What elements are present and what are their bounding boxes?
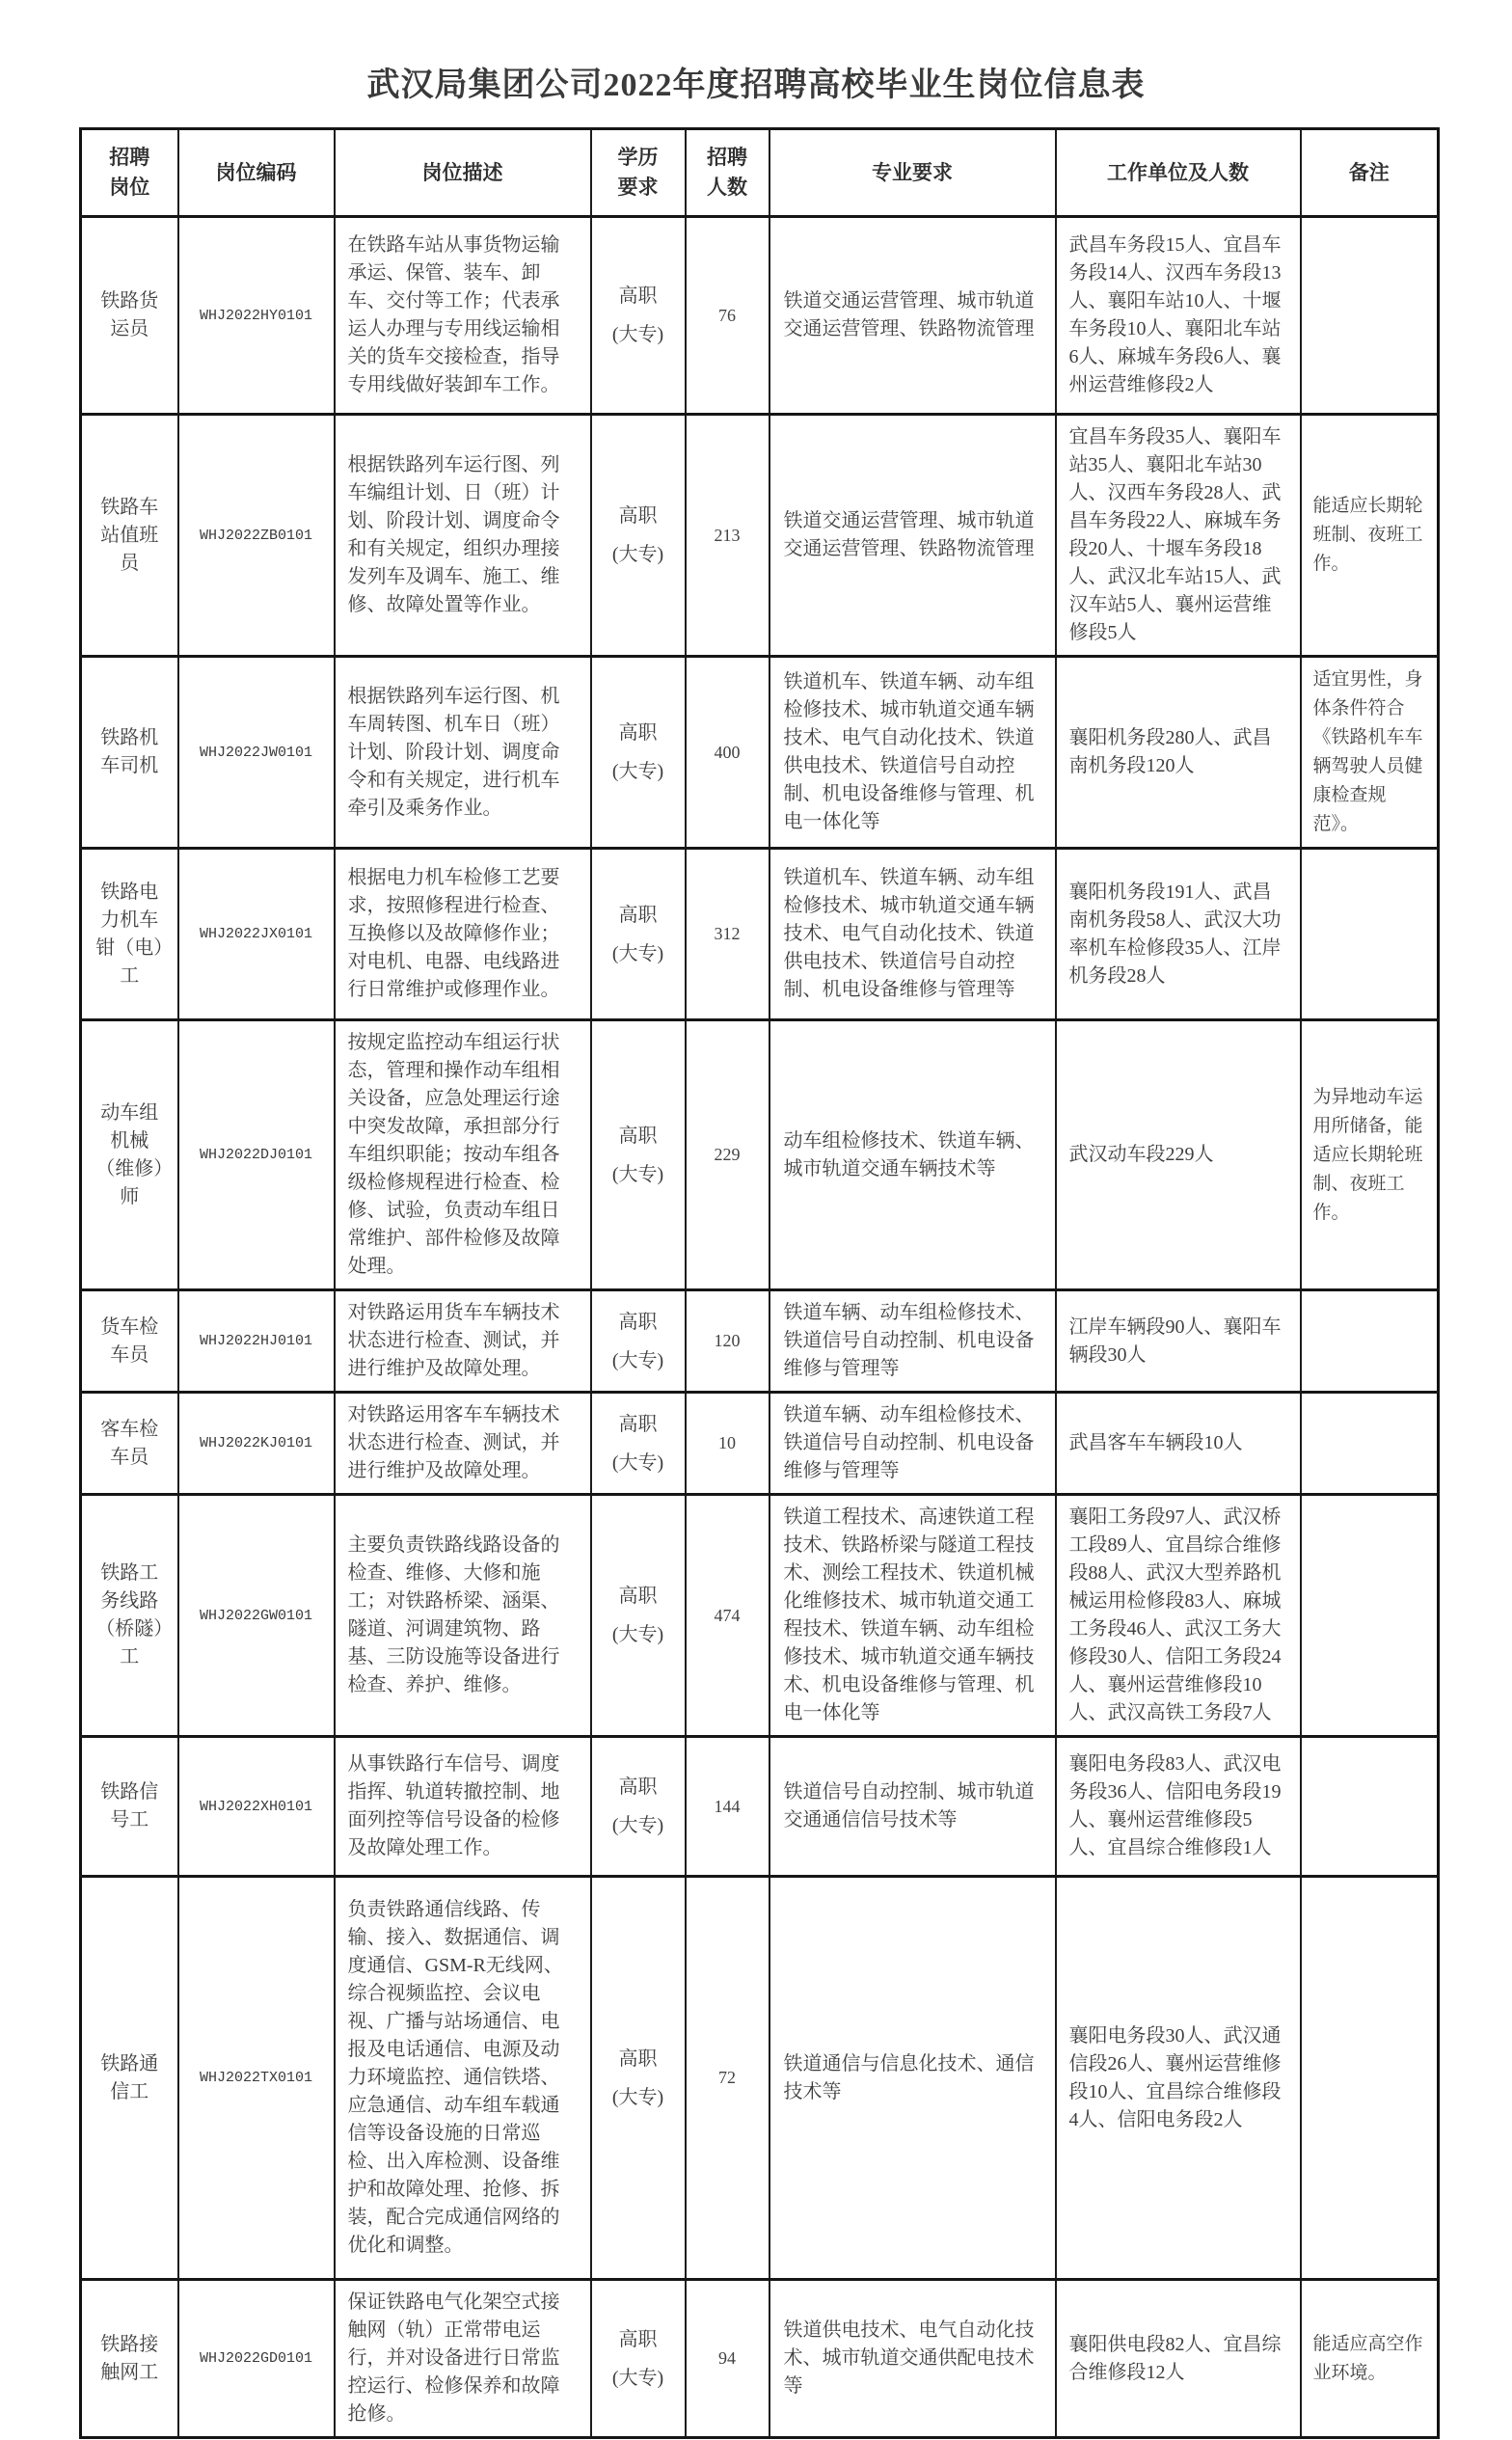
cell-description: 根据铁路列车运行图、机车周转图、机车日（班）计划、阶段计划、调度命令和有关规定，… bbox=[335, 657, 591, 849]
table-row: 铁路车站值班员WHJ2022ZB0101根据铁路列车运行图、列车编组计划、日（班… bbox=[81, 415, 1439, 657]
cell-code: WHJ2022KJ0101 bbox=[178, 1393, 335, 1495]
cell-position: 铁路接触网工 bbox=[81, 2280, 178, 2438]
cell-education: 高职 (大专) bbox=[591, 1393, 686, 1495]
cell-code: WHJ2022JX0101 bbox=[178, 849, 335, 1020]
cell-majors: 铁道交通运营管理、城市轨道交通运营管理、铁路物流管理 bbox=[769, 217, 1056, 415]
cell-position: 客车检车员 bbox=[81, 1393, 178, 1495]
cell-code: WHJ2022JW0101 bbox=[178, 657, 335, 849]
cell-education: 高职 (大专) bbox=[591, 1020, 686, 1290]
cell-description: 根据电力机车检修工艺要求，按照修程进行检查、互换修以及故障修作业；对电机、电器、… bbox=[335, 849, 591, 1020]
table-row: 货车检车员WHJ2022HJ0101对铁路运用货车车辆技术状态进行检查、测试，并… bbox=[81, 1290, 1439, 1393]
cell-code: WHJ2022TX0101 bbox=[178, 1877, 335, 2280]
cell-education: 高职 (大专) bbox=[591, 2280, 686, 2438]
header-row: 招聘 岗位 岗位编码 岗位描述 学历 要求 招聘 人数 专业要求 工作单位及人数… bbox=[81, 129, 1439, 217]
cell-notes: 能适应高空作业环境。 bbox=[1301, 2280, 1439, 2438]
cell-position: 铁路电力机车钳（电）工 bbox=[81, 849, 178, 1020]
cell-count: 76 bbox=[686, 217, 769, 415]
cell-majors: 铁道交通运营管理、城市轨道交通运营管理、铁路物流管理 bbox=[769, 415, 1056, 657]
cell-units: 襄阳电务段30人、武汉通信段26人、襄州运营维修段10人、宜昌综合维修段4人、信… bbox=[1056, 1877, 1301, 2280]
cell-count: 144 bbox=[686, 1737, 769, 1877]
cell-units: 宜昌车务段35人、襄阳车站35人、襄阳北车站30人、汉西车务段28人、武昌车务段… bbox=[1056, 415, 1301, 657]
cell-majors: 铁道机车、铁道车辆、动车组检修技术、城市轨道交通车辆技术、电气自动化技术、铁道供… bbox=[769, 849, 1056, 1020]
cell-education: 高职 (大专) bbox=[591, 1290, 686, 1393]
cell-units: 武昌客车车辆段10人 bbox=[1056, 1393, 1301, 1495]
cell-description: 负责铁路通信线路、传输、接入、数据通信、调度通信、GSM-R无线网、综合视频监控… bbox=[335, 1877, 591, 2280]
table-row: 铁路接触网工WHJ2022GD0101保证铁路电气化架空式接触网（轨）正常带电运… bbox=[81, 2280, 1439, 2438]
table-row: 铁路通信工WHJ2022TX0101负责铁路通信线路、传输、接入、数据通信、调度… bbox=[81, 1877, 1439, 2280]
cell-code: WHJ2022XH0101 bbox=[178, 1737, 335, 1877]
cell-notes bbox=[1301, 1877, 1439, 2280]
cell-description: 在铁路车站从事货物运输承运、保管、装车、卸车、交付等工作；代表承运人办理与专用线… bbox=[335, 217, 591, 415]
cell-majors: 铁道车辆、动车组检修技术、铁道信号自动控制、机电设备维修与管理等 bbox=[769, 1393, 1056, 1495]
cell-education: 高职 (大专) bbox=[591, 1877, 686, 2280]
cell-count: 229 bbox=[686, 1020, 769, 1290]
cell-education: 高职 (大专) bbox=[591, 849, 686, 1020]
cell-notes bbox=[1301, 1290, 1439, 1393]
cell-code: WHJ2022DJ0101 bbox=[178, 1020, 335, 1290]
cell-description: 主要负责铁路线路设备的检查、维修、大修和施工；对铁路桥梁、涵渠、隧道、河调建筑物… bbox=[335, 1495, 591, 1737]
cell-count: 10 bbox=[686, 1393, 769, 1495]
cell-code: WHJ2022HY0101 bbox=[178, 217, 335, 415]
cell-units: 武昌车务段15人、宜昌车务段14人、汉西车务段13人、襄阳车站10人、十堰车务段… bbox=[1056, 217, 1301, 415]
table-row: 铁路货运员WHJ2022HY0101在铁路车站从事货物运输承运、保管、装车、卸车… bbox=[81, 217, 1439, 415]
cell-notes bbox=[1301, 1737, 1439, 1877]
cell-position: 铁路信号工 bbox=[81, 1737, 178, 1877]
table-row: 客车检车员WHJ2022KJ0101对铁路运用客车车辆技术状态进行检查、测试，并… bbox=[81, 1393, 1439, 1495]
cell-position: 铁路车站值班员 bbox=[81, 415, 178, 657]
column-header-units: 工作单位及人数 bbox=[1056, 129, 1301, 217]
cell-position: 铁路货运员 bbox=[81, 217, 178, 415]
cell-education: 高职 (大专) bbox=[591, 657, 686, 849]
cell-notes: 为异地动车运用所储备，能适应长期轮班制、夜班工作。 bbox=[1301, 1020, 1439, 1290]
column-header-count: 招聘 人数 bbox=[686, 129, 769, 217]
cell-majors: 铁道信号自动控制、城市轨道交通通信信号技术等 bbox=[769, 1737, 1056, 1877]
cell-notes: 适宜男性，身体条件符合《铁路机车车辆驾驶人员健康检查规范》。 bbox=[1301, 657, 1439, 849]
cell-count: 94 bbox=[686, 2280, 769, 2438]
table-row: 铁路机车司机WHJ2022JW0101根据铁路列车运行图、机车周转图、机车日（班… bbox=[81, 657, 1439, 849]
cell-count: 72 bbox=[686, 1877, 769, 2280]
job-info-table: 招聘 岗位 岗位编码 岗位描述 学历 要求 招聘 人数 专业要求 工作单位及人数… bbox=[79, 127, 1440, 2439]
column-header-code: 岗位编码 bbox=[178, 129, 335, 217]
column-header-education: 学历 要求 bbox=[591, 129, 686, 217]
cell-position: 动车组机械（维修）师 bbox=[81, 1020, 178, 1290]
cell-units: 襄阳电务段83人、武汉电务段36人、信阳电务段19人、襄州运营维修段5人、宜昌综… bbox=[1056, 1737, 1301, 1877]
cell-notes bbox=[1301, 217, 1439, 415]
table-row: 铁路工务线路（桥隧）工WHJ2022GW0101主要负责铁路线路设备的检查、维修… bbox=[81, 1495, 1439, 1737]
cell-position: 铁路工务线路（桥隧）工 bbox=[81, 1495, 178, 1737]
cell-notes bbox=[1301, 1495, 1439, 1737]
cell-units: 襄阳机务段280人、武昌南机务段120人 bbox=[1056, 657, 1301, 849]
cell-count: 400 bbox=[686, 657, 769, 849]
document-page: 武汉局集团公司2022年度招聘高校毕业生岗位信息表 招聘 岗位 岗位编码 岗位描… bbox=[0, 0, 1512, 2440]
page-title: 武汉局集团公司2022年度招聘高校毕业生岗位信息表 bbox=[0, 0, 1512, 108]
table-row: 动车组机械（维修）师WHJ2022DJ0101按规定监控动车组运行状态，管理和操… bbox=[81, 1020, 1439, 1290]
cell-units: 襄阳机务段191人、武昌南机务段58人、武汉大功率机车检修段35人、江岸机务段2… bbox=[1056, 849, 1301, 1020]
cell-notes bbox=[1301, 1393, 1439, 1495]
cell-notes bbox=[1301, 849, 1439, 1020]
cell-units: 武汉动车段229人 bbox=[1056, 1020, 1301, 1290]
column-header-majors: 专业要求 bbox=[769, 129, 1056, 217]
cell-description: 对铁路运用货车车辆技术状态进行检查、测试，并进行维护及故障处理。 bbox=[335, 1290, 591, 1393]
column-header-position: 招聘 岗位 bbox=[81, 129, 178, 217]
job-table-body: 铁路货运员WHJ2022HY0101在铁路车站从事货物运输承运、保管、装车、卸车… bbox=[81, 217, 1439, 2438]
cell-code: WHJ2022HJ0101 bbox=[178, 1290, 335, 1393]
cell-count: 312 bbox=[686, 849, 769, 1020]
cell-education: 高职 (大专) bbox=[591, 415, 686, 657]
cell-description: 保证铁路电气化架空式接触网（轨）正常带电运行，并对设备进行日常监控运行、检修保养… bbox=[335, 2280, 591, 2438]
cell-count: 213 bbox=[686, 415, 769, 657]
table-header: 招聘 岗位 岗位编码 岗位描述 学历 要求 招聘 人数 专业要求 工作单位及人数… bbox=[81, 129, 1439, 217]
cell-units: 江岸车辆段90人、襄阳车辆段30人 bbox=[1056, 1290, 1301, 1393]
cell-education: 高职 (大专) bbox=[591, 1495, 686, 1737]
table-row: 铁路电力机车钳（电）工WHJ2022JX0101根据电力机车检修工艺要求，按照修… bbox=[81, 849, 1439, 1020]
cell-units: 襄阳工务段97人、武汉桥工段89人、宜昌综合维修段88人、武汉大型养路机械运用检… bbox=[1056, 1495, 1301, 1737]
cell-description: 按规定监控动车组运行状态，管理和操作动车组相关设备，应急处理运行途中突发故障，承… bbox=[335, 1020, 591, 1290]
cell-position: 铁路通信工 bbox=[81, 1877, 178, 2280]
cell-code: WHJ2022ZB0101 bbox=[178, 415, 335, 657]
cell-education: 高职 (大专) bbox=[591, 1737, 686, 1877]
cell-count: 120 bbox=[686, 1290, 769, 1393]
cell-majors: 铁道工程技术、高速铁道工程技术、铁路桥梁与隧道工程技术、测绘工程技术、铁道机械化… bbox=[769, 1495, 1056, 1737]
cell-position: 铁路机车司机 bbox=[81, 657, 178, 849]
table-row: 铁路信号工WHJ2022XH0101从事铁路行车信号、调度指挥、轨道转撤控制、地… bbox=[81, 1737, 1439, 1877]
cell-description: 从事铁路行车信号、调度指挥、轨道转撤控制、地面列控等信号设备的检修及故障处理工作… bbox=[335, 1737, 591, 1877]
cell-majors: 铁道供电技术、电气自动化技术、城市轨道交通供配电技术等 bbox=[769, 2280, 1056, 2438]
cell-majors: 铁道车辆、动车组检修技术、铁道信号自动控制、机电设备维修与管理等 bbox=[769, 1290, 1056, 1393]
cell-education: 高职 (大专) bbox=[591, 217, 686, 415]
cell-description: 对铁路运用客车车辆技术状态进行检查、测试，并进行维护及故障处理。 bbox=[335, 1393, 591, 1495]
cell-description: 根据铁路列车运行图、列车编组计划、日（班）计划、阶段计划、调度命令和有关规定，组… bbox=[335, 415, 591, 657]
cell-majors: 铁道通信与信息化技术、通信技术等 bbox=[769, 1877, 1056, 2280]
cell-notes: 能适应长期轮班制、夜班工作。 bbox=[1301, 415, 1439, 657]
cell-majors: 动车组检修技术、铁道车辆、城市轨道交通车辆技术等 bbox=[769, 1020, 1056, 1290]
column-header-notes: 备注 bbox=[1301, 129, 1439, 217]
cell-position: 货车检车员 bbox=[81, 1290, 178, 1393]
cell-units: 襄阳供电段82人、宜昌综合维修段12人 bbox=[1056, 2280, 1301, 2438]
cell-count: 474 bbox=[686, 1495, 769, 1737]
cell-code: WHJ2022GD0101 bbox=[178, 2280, 335, 2438]
cell-majors: 铁道机车、铁道车辆、动车组检修技术、城市轨道交通车辆技术、电气自动化技术、铁道供… bbox=[769, 657, 1056, 849]
cell-code: WHJ2022GW0101 bbox=[178, 1495, 335, 1737]
column-header-description: 岗位描述 bbox=[335, 129, 591, 217]
